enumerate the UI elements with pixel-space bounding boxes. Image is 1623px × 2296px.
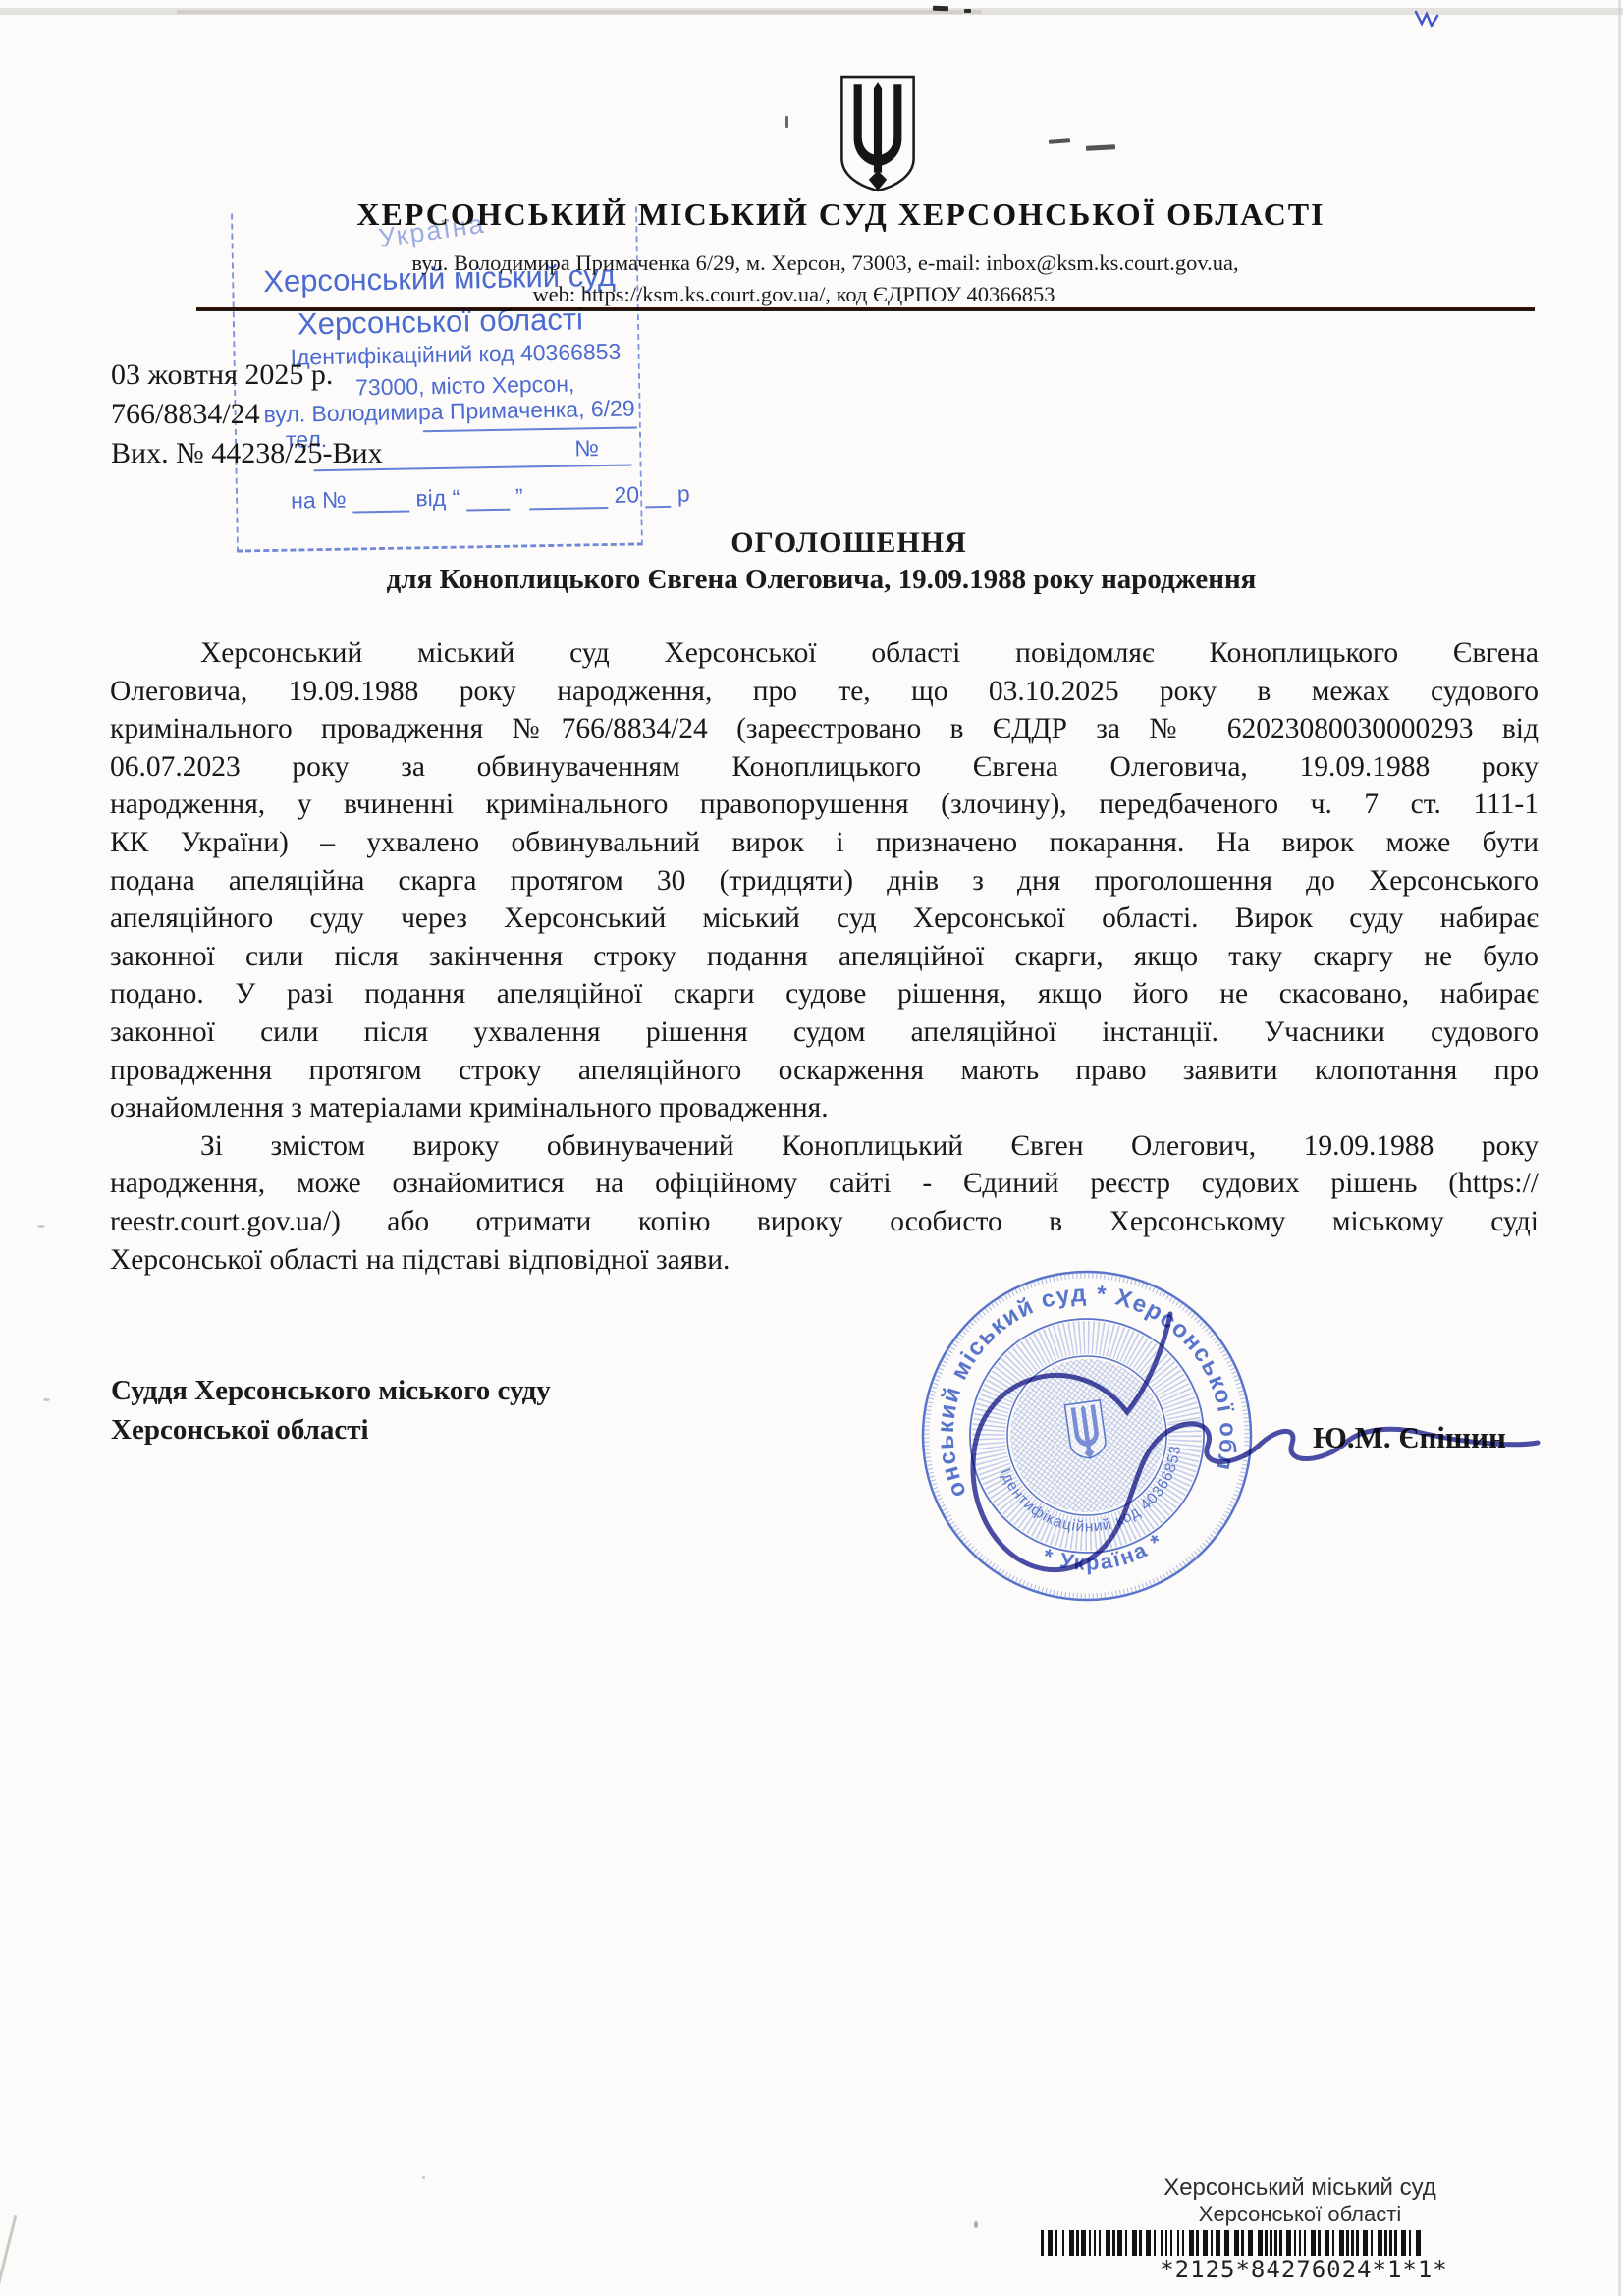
scan-mark [1086, 144, 1115, 151]
scan-mark [964, 9, 971, 13]
paragraph-2: Зі змістом вироку обвинувачений Коноплиц… [110, 1127, 1539, 1279]
body-text-line: апеляційного суду через Херсонський місь… [110, 900, 1539, 938]
scan-artifact-band [177, 10, 982, 14]
stamp-reply-label: на № [291, 487, 347, 514]
stamp-blank-line [645, 483, 671, 508]
stamp-reply-row: на № від “ ” 20 р [291, 481, 690, 515]
paragraph-1: Херсонський міський суд Херсонської обла… [110, 634, 1539, 1127]
stamp-blank-line [529, 484, 608, 510]
document-subtitle: для Коноплицького Євгена Олеговича, 19.0… [10, 564, 1623, 596]
stamp-year-suffix: р [677, 481, 690, 507]
scan-speck [43, 1398, 50, 1401]
footer-court-name-line2: Херсонської області [1066, 2202, 1534, 2227]
body-text-line: кримінального провадження №766/8834/24 (… [110, 710, 1539, 748]
scan-speck [422, 2176, 425, 2179]
document-body: Херсонський міський суд Херсонської обла… [110, 634, 1539, 1279]
ukraine-trident-emblem-icon [836, 73, 920, 192]
footer-barcode-block: Херсонський міський суд Херсонської обла… [1041, 2174, 1508, 2283]
barcode [1041, 2230, 1508, 2256]
stamp-quote-close: ” [515, 483, 523, 509]
judge-position-line1: Суддя Херсонського міського суду [111, 1371, 551, 1410]
scanned-document-page: ХЕРСОНСЬКИЙ МІСЬКИЙ СУД ХЕРСОНСЬКОЇ ОБЛА… [0, 0, 1623, 2296]
body-text-line: народження, може ознайомитися на офіційн… [110, 1165, 1539, 1203]
reference-block: 03 жовтня 2025 р. 766/8834/24 Вих. № 442… [111, 355, 383, 473]
stamp-country-label: Україна [377, 209, 487, 254]
stamp-blank-line [352, 488, 409, 514]
body-text-line: законної сили після закінчення строку по… [110, 938, 1539, 976]
stamp-blank-line [423, 426, 637, 432]
body-text-line: законної сили після ухвалення рішення су… [110, 1013, 1539, 1052]
body-text-line: КК України) – ухвалено обвинувальний вир… [110, 824, 1539, 862]
stamp-number-label: № [574, 435, 599, 462]
document-date: 03 жовтня 2025 р. [111, 355, 383, 395]
body-text-line: ознайомлення з матеріалами кримінального… [110, 1089, 1539, 1127]
scan-mark [933, 6, 948, 12]
body-text-line: подана апеляційна скарга протягом 30 (тр… [110, 862, 1539, 901]
scan-mark [1049, 138, 1070, 144]
scan-edge-line [1618, 0, 1621, 2296]
footer-court-name-line1: Херсонський міський суд [1066, 2174, 1534, 2202]
body-text-line: Зі змістом вироку обвинувачений Коноплиц… [110, 1127, 1539, 1166]
judge-position: Суддя Херсонського міського суду Херсонс… [111, 1371, 551, 1449]
header-separator-line [196, 307, 1535, 311]
barcode-label: *2125*84276024*1*1* [1070, 2256, 1538, 2283]
body-text-line: народження, у вчиненні кримінального пра… [110, 786, 1539, 824]
body-text-line: провадження протягом строку апеляційного… [110, 1052, 1539, 1090]
judge-position-line2: Херсонської області [111, 1410, 551, 1449]
stamp-blank-line [465, 486, 509, 512]
scan-mark [785, 116, 788, 128]
outgoing-number: Вих. № 44238/25-Вих [111, 434, 383, 473]
stamp-court-name-line1: Херсонський міський суд [263, 258, 616, 300]
stamp-from-label: від “ [415, 485, 460, 512]
body-text-line: 06.07.2023 року за обвинуваченням Конопл… [110, 748, 1539, 787]
scan-blue-mark [1414, 8, 1439, 29]
body-text-line: Херсонської області на підставі відповід… [110, 1241, 1539, 1280]
scan-speck [974, 2221, 978, 2228]
body-text-line: Херсонський міський суд Херсонської обла… [110, 634, 1539, 673]
scan-scratch [0, 2215, 17, 2296]
stamp-year-label: 20 [614, 481, 639, 507]
judge-signature [913, 1286, 1561, 1611]
case-number: 766/8834/24 [111, 395, 383, 434]
body-text-line: Олеговича, 19.09.1988 року народження, п… [110, 673, 1539, 711]
body-text-line: подано. У разі подання апеляційної скарг… [110, 975, 1539, 1013]
body-text-line: reestr.court.gov.ua/) або отримати копію… [110, 1203, 1539, 1241]
scan-speck [37, 1225, 45, 1228]
